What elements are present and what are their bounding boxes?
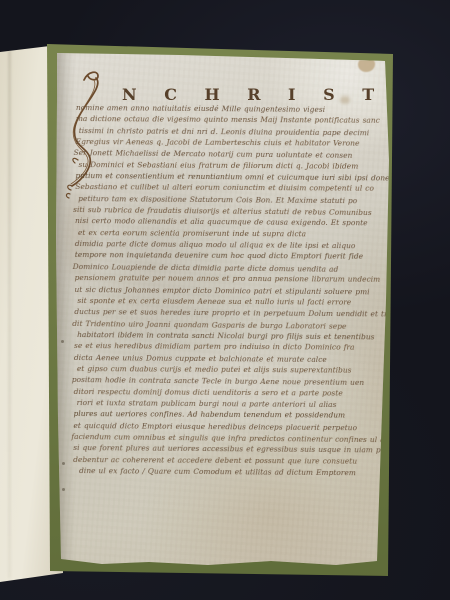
photograph-background: N C H R I S T I nomine amen anno natiuit… xyxy=(0,0,450,600)
sewing-hole xyxy=(62,462,65,465)
sewing-hole xyxy=(61,340,64,343)
sewing-hole xyxy=(62,488,65,491)
manuscript-page: N C H R I S T I nomine amen anno natiuit… xyxy=(40,40,412,580)
document-heading: N C H R I S T I xyxy=(122,86,392,104)
manuscript-text-block: nomine amen anno natiuitatis eiusdé Mill… xyxy=(73,102,376,479)
text-line: dine ul ex facto / Quare cum Comodum et … xyxy=(79,465,373,479)
flyleaf-crease xyxy=(8,50,11,578)
